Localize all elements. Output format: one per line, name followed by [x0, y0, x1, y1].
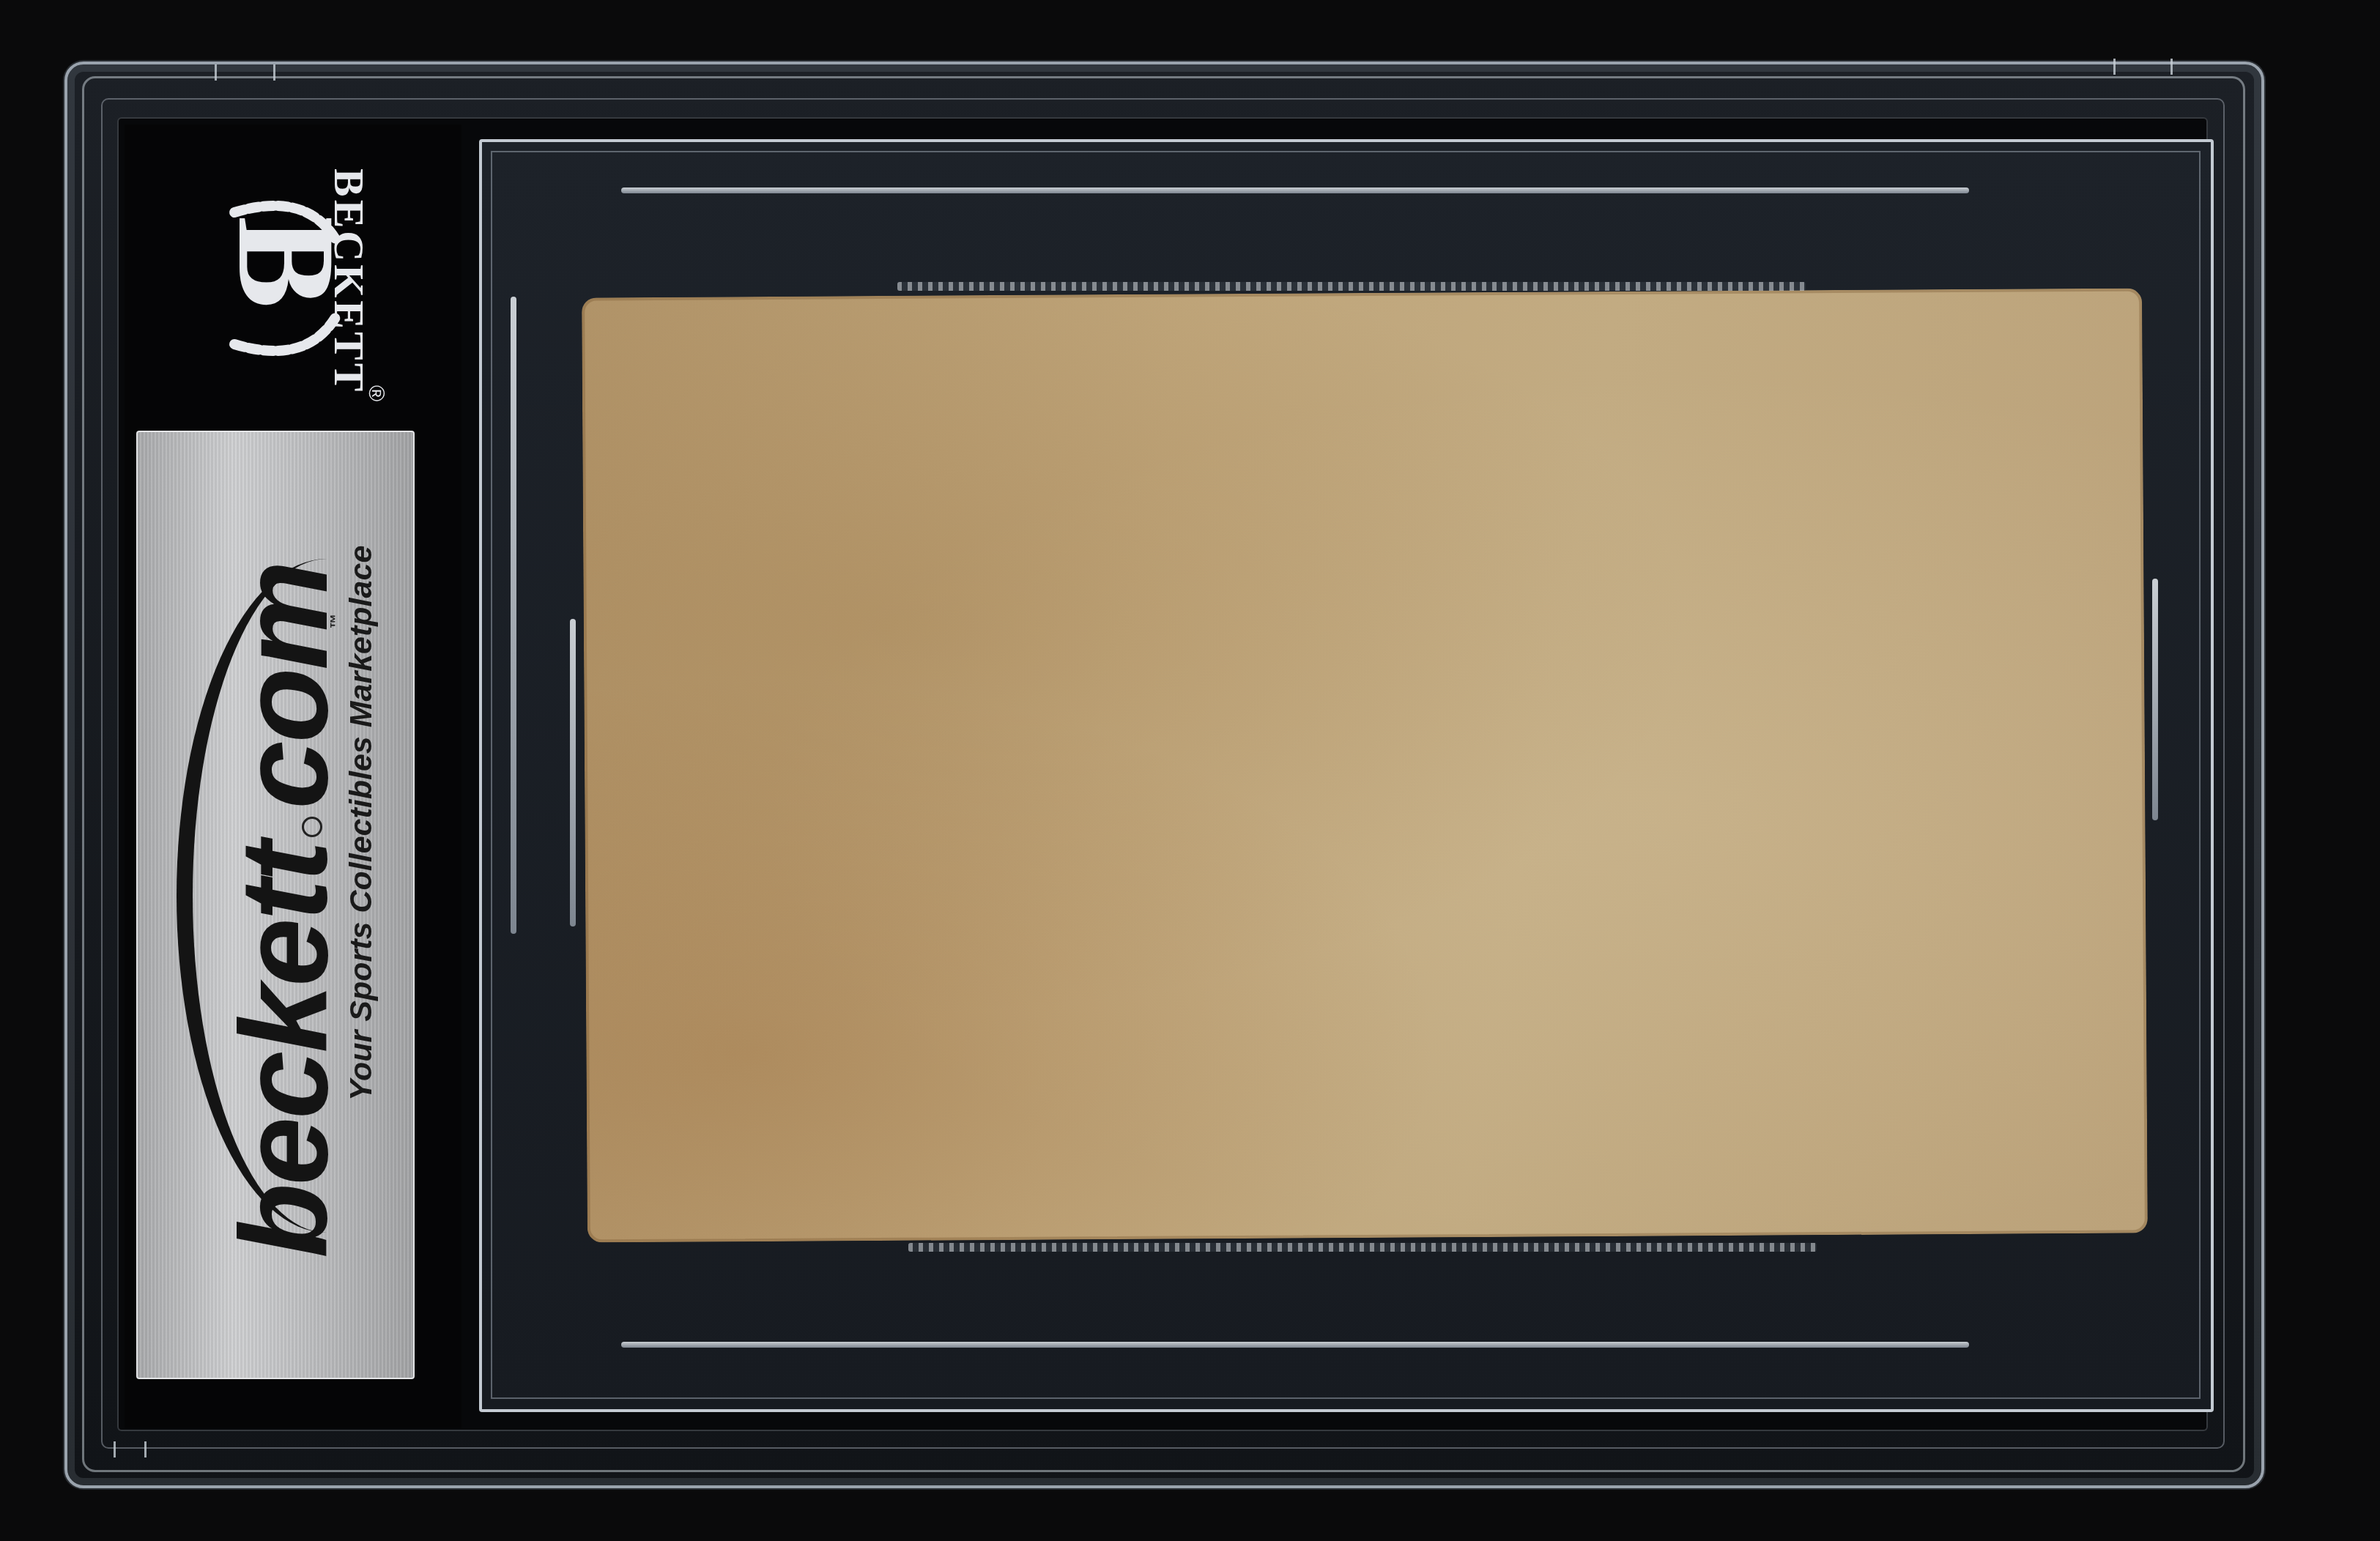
rail-left	[511, 297, 516, 934]
rail-bottom	[621, 1342, 1969, 1348]
edge-scratch	[908, 1243, 1817, 1252]
plate-domain-text: com	[215, 562, 353, 809]
plate-text: beckettcom Your Sports Collectibles Mark…	[136, 431, 415, 1379]
rail-left-inner	[570, 619, 576, 927]
card-back	[582, 289, 2148, 1243]
slab-tick	[215, 64, 217, 81]
slab-tick	[2113, 59, 2116, 75]
rail-top	[621, 187, 1969, 193]
slab-tick	[273, 64, 275, 81]
plate-tagline: Your Sports Collectibles Marketplace	[344, 546, 379, 1101]
plate-brand: beckettcom	[223, 562, 346, 1258]
slab-tick	[114, 1441, 116, 1458]
plate-brand-text: beckett	[215, 843, 353, 1258]
rail-right-inner	[2152, 579, 2158, 820]
trademark-mark: ™	[328, 614, 345, 628]
beckett-wordmark: BECKETT	[325, 168, 374, 394]
slab-tick	[2170, 59, 2173, 75]
edge-scratch	[897, 282, 1806, 291]
slab-tick	[144, 1441, 147, 1458]
registered-mark: ®	[363, 385, 388, 401]
dot-icon	[302, 817, 322, 837]
